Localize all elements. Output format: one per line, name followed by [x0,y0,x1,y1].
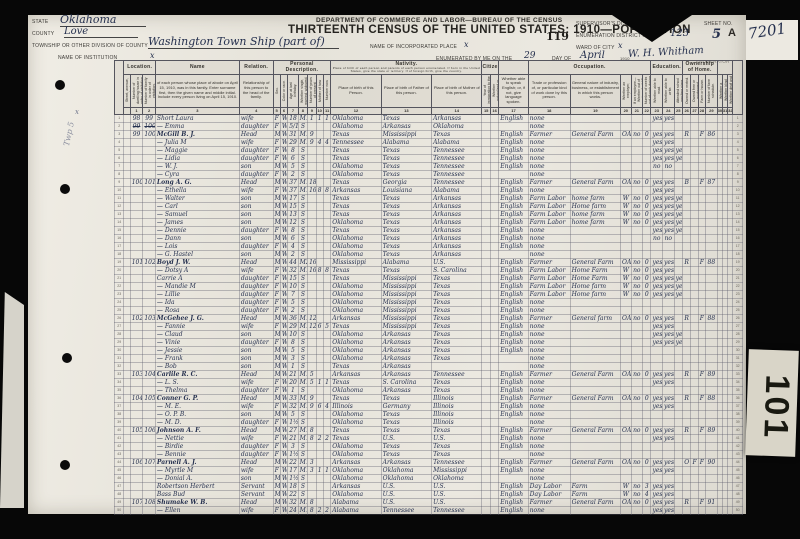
cell-cv [323,202,330,210]
cell-rn: 18 [733,250,743,258]
cell-on [682,202,690,210]
cell-ag: 5 [288,346,298,354]
cell-ln: 21 [115,274,124,282]
census-row: 32— BobsonMW1STexasArkansasnone32 [115,362,743,370]
cell-fh [698,346,705,354]
cell-ow [631,378,643,386]
cell-fm [691,450,698,458]
cell-cb [316,298,323,306]
cell-fam [143,170,156,178]
cell-ag: 8 [288,226,298,234]
cell-bm: Texas [432,274,482,282]
cell-rl: son [239,194,273,202]
cell-lg: English [499,242,528,250]
cell-rd: yes [651,266,663,274]
cell-rn: 39 [733,418,743,426]
cell-ln: 45 [115,466,124,474]
cell-em [621,306,631,314]
cell-rl: daughter [239,298,273,306]
cell-ag: 20 [288,378,298,386]
cell-nm: — Bob [155,362,239,370]
cell-ag: 18 [288,482,298,490]
cell-cv [323,194,330,202]
cell-ow [631,162,643,170]
cell-ow: no [631,218,643,226]
cell-dw [130,506,143,514]
cell-rd: yes [651,146,663,154]
column-number: 22 [643,107,651,114]
cell-lg: English [499,434,528,442]
cell-rn: 46 [733,474,743,482]
cell-nm: Short Laura [155,114,239,122]
cell-fm [691,418,698,426]
cell-na [490,338,498,346]
column-number: 21 [631,107,643,114]
cell-sd: 90 [706,458,718,466]
cell-in [570,146,620,154]
cell-fam [143,434,156,442]
cell-bf: Texas [381,146,431,154]
cell-ln: 26 [115,314,124,322]
cell-fm [691,266,698,274]
cell-rl: Head [239,258,273,266]
cell-cl: W [280,210,287,218]
cell-dw [130,346,143,354]
cell-cb [316,354,323,362]
cell-sc: yes [674,194,682,202]
cell-cb [316,234,323,242]
cell-wr [663,418,675,426]
cell-cl: W [280,282,287,290]
cell-ms: S [298,146,307,154]
cell-sx: F [273,466,280,474]
cell-sd [706,354,718,362]
cell-bm: Arkansas [432,242,482,250]
cell-em [621,162,631,170]
cell-ym [308,346,316,354]
cell-rd: yes [651,402,663,410]
cell-sd: 86 [706,130,718,138]
cell-ow [631,466,643,474]
cell-rn: 48 [733,490,743,498]
cell-sd [706,306,718,314]
cell-nm: — Bennie [155,450,239,458]
cell-cv [323,258,330,266]
cell-ym: 5 [308,378,316,386]
cell-fh: F [698,426,705,434]
cell-wr: yes [663,378,675,386]
punch-hole [60,460,70,470]
cell-rl: wife [239,114,273,122]
cell-fam [143,354,156,362]
cell-wk [643,386,651,394]
cell-sd [706,298,718,306]
cell-fh [698,418,705,426]
cell-sc [674,506,682,514]
cell-fm [691,242,698,250]
cell-ow [631,442,643,450]
cell-on [682,298,690,306]
cell-fam [143,298,156,306]
cell-rn: 28 [733,330,743,338]
cell-bp: Alabama [331,506,381,514]
cell-ow: no [631,130,643,138]
cell-rl: wife [239,402,273,410]
cell-oc: none [528,114,570,122]
cell-lg: English [499,146,528,154]
cell-in [570,410,620,418]
cell-na [490,298,498,306]
cell-ag: 44 [288,258,298,266]
cell-em: OA [621,130,631,138]
cell-sx: F [273,138,280,146]
cell-im [482,426,490,434]
cell-on [682,170,690,178]
cell-cl: W [280,450,287,458]
cell-oc: Farm Labor [528,202,570,210]
cell-nm: — Julia M [155,138,239,146]
cell-im [482,130,490,138]
cell-ms: S [298,410,307,418]
cell-rl: wife [239,466,273,474]
cell-cv [323,154,330,162]
column-number: 20 [621,107,631,114]
cell-ln: 27 [115,322,124,330]
cell-rn: 35 [733,386,743,394]
cell-im [482,346,490,354]
cell-bf: Mississippi [381,282,431,290]
cell-ln: 13 [115,210,124,218]
cell-in [570,242,620,250]
cell-sd [706,138,718,146]
cell-lg: English [499,114,528,122]
cell-rn: 5 [733,146,743,154]
cell-na [490,458,498,466]
cell-rn: 31 [733,354,743,362]
cell-sx: F [273,402,280,410]
cell-oc: Farmer [528,426,570,434]
cell-sd [706,474,718,482]
cell-in [570,226,620,234]
cell-wr: yes [663,314,675,322]
cell-sc: yes [674,202,682,210]
cell-fam [143,322,156,330]
cell-sc [674,426,682,434]
cell-fam [143,242,156,250]
census-row: 34— L. S.wifeFW20M1511TexasS. CarolinaTe… [115,378,743,386]
department-line: DEPARTMENT OF COMMERCE AND LABOR—BUREAU … [316,17,563,24]
cell-ln: 29 [115,338,124,346]
cell-ag: 5 [288,298,298,306]
cell-fm [691,162,698,170]
cell-bm [432,362,482,370]
cell-ow: no [631,266,643,274]
cell-wk [643,322,651,330]
cell-cl: W [280,466,287,474]
cell-rn: 17 [733,242,743,250]
cell-wk [643,146,651,154]
cell-cb [316,482,323,490]
cell-na [490,146,498,154]
cell-lg: English [499,258,528,266]
cell-ag: 15 [288,202,298,210]
cell-cv: 2 [323,506,330,514]
cell-cb [316,226,323,234]
cell-cb [316,218,323,226]
cell-lg: English [499,402,528,410]
cell-im [482,362,490,370]
cell-cl: W [280,370,287,378]
cell-rl: daughter [239,450,273,458]
cell-sc [674,410,682,418]
cell-sx: F [273,266,280,274]
cell-sc [674,458,682,466]
census-row: 20— Dotsy AwifeFW32M11688TexasTexasS. Ca… [115,266,743,274]
column-header-nm: of each person whose place of abode on A… [155,74,239,107]
cell-cl: W [280,378,287,386]
cell-lg: English [499,394,528,402]
column-header-dw: Number of dwelling house in order of vis… [130,74,143,107]
cell-ln: 42 [115,442,124,450]
cell-sx: M [273,346,280,354]
cell-wr: yes [663,434,675,442]
census-row: 42— BirdiedaughterFW3SOklahomaTexasTexas… [115,442,743,450]
column-header-st: Street, avenue, road, etc. [124,74,130,107]
cell-rd: yes [651,194,663,202]
cell-in: home farm [570,210,620,218]
cell-im [482,322,490,330]
cell-ln: 50 [115,506,124,514]
cell-na [490,194,498,202]
cell-in [570,506,620,514]
cell-rn: 30 [733,346,743,354]
cell-fh [698,442,705,450]
cell-oc: none [528,242,570,250]
cell-na [490,314,498,322]
cell-ym: 9 [308,138,316,146]
cell-cl: W [280,402,287,410]
cell-sd [706,322,718,330]
cell-lg: English [499,498,528,506]
cell-ln: 35 [115,386,124,394]
cell-fh [698,474,705,482]
cell-em: W [621,266,631,274]
cell-wk [643,506,651,514]
cell-fam: 99 [143,114,156,122]
cell-lg: English [499,346,528,354]
cell-cb [316,282,323,290]
cell-bp: Texas [331,210,381,218]
cell-wr: yes [663,490,675,498]
cell-in [570,322,620,330]
cell-dw [130,298,143,306]
cell-ow: no [631,178,643,186]
cell-fm [691,434,698,442]
cell-nm: Long A. G. [155,178,239,186]
cell-oc: none [528,434,570,442]
cell-ln: 3 [115,130,124,138]
cell-on [682,162,690,170]
cell-cl: W [280,314,287,322]
cell-rd [651,170,663,178]
cell-bf: Texas [381,154,431,162]
cell-bp: Oklahoma [331,282,381,290]
cell-bf: Texas [381,250,431,258]
cell-dw [130,282,143,290]
cell-ag: 32 [288,498,298,506]
cell-rn: 44 [733,458,743,466]
cell-on [682,434,690,442]
cell-rn: 33 [733,370,743,378]
cell-bp: Texas [331,202,381,210]
state-value: Oklahoma [60,13,146,27]
cell-wk: 0 [643,394,651,402]
cell-ag: 32 [288,266,298,274]
cell-ln: 43 [115,450,124,458]
cell-rl: son [239,474,273,482]
cell-lg: English [499,322,528,330]
census-row: 30— JessiesonMW5SOklahomaArkansasTexasEn… [115,346,743,354]
cell-wk [643,354,651,362]
cell-nm: — James [155,218,239,226]
cell-rl: son [239,354,273,362]
cell-fam [143,194,156,202]
cell-em [621,354,631,362]
cell-im [482,282,490,290]
census-row: 37— M. E.wifeFW32M1964IllinoisGermanyIll… [115,402,743,410]
cell-sd [706,274,718,282]
group-personal-description-: Personal Description. [273,61,331,75]
cell-cl: W [280,498,287,506]
cell-im [482,114,490,122]
cell-fam: 105 [143,394,156,402]
cell-bf: Tennessee [381,506,431,514]
cell-im [482,274,490,282]
cell-wr: yes [663,114,675,122]
cell-ms: S [298,482,307,490]
cell-ag: 1 [288,386,298,394]
cell-em: W [621,194,631,202]
cell-rn: 38 [733,410,743,418]
cell-fam: 107 [143,458,156,466]
cell-ln: 24 [115,298,124,306]
column-number: 11 [323,107,330,114]
cell-on [682,154,690,162]
cell-oc: Farmer [528,314,570,322]
cell-cb [316,450,323,458]
cell-sx: F [273,442,280,450]
cell-on [682,234,690,242]
census-row: 47Robertson HerbertServantMW18SArkansasU… [115,482,743,490]
cell-fh [698,170,705,178]
column-number: 12 [331,107,381,114]
cell-ym [308,194,316,202]
cell-ow [631,338,643,346]
census-row: 8— CyradaughterFW2SOklahomaTexasTennesse… [115,170,743,178]
cell-sx: M [273,250,280,258]
cell-em [621,138,631,146]
cell-sd: 88 [706,258,718,266]
cell-rd [651,410,663,418]
cell-rl: Head [239,178,273,186]
cell-im [482,210,490,218]
cell-bf: Mississippi [381,290,431,298]
cell-ms: M1 [298,498,307,506]
cell-rd: no [651,162,663,170]
census-row: 31— FranksonMW3SOklahomaArkansasTexasnon… [115,354,743,362]
column-header-bd: Whether blind (both eyes). [722,74,727,107]
cell-in: General Farm [570,130,620,138]
cell-cv [323,474,330,482]
column-header-fh: Farm or house. [698,74,705,107]
cell-im [482,186,490,194]
cell-rn: 12 [733,202,743,210]
group-occupation-: Occupation. [528,61,651,75]
cell-bf: Texas [381,450,431,458]
cell-em: W [621,274,631,282]
cell-cl: W [280,234,287,242]
cell-ym [308,450,316,458]
group-location-: Location. [124,61,155,75]
cell-im [482,234,490,242]
cell-ms: S [298,170,307,178]
cell-fh [698,322,705,330]
cell-bp: Texas [331,130,381,138]
cell-em [621,474,631,482]
cell-fm [691,274,698,282]
cell-sx: F [273,306,280,314]
cell-ow: no [631,482,643,490]
cell-rn: 4 [733,138,743,146]
cell-ym [308,386,316,394]
cell-ln: 23 [115,290,124,298]
cell-fh [698,282,705,290]
cell-dw: 102 [130,314,143,322]
cell-ln: 9 [115,178,124,186]
cell-cb [316,410,323,418]
cell-oc: none [528,506,570,514]
cell-fh [698,242,705,250]
cell-na [490,354,498,362]
column-number: 31 [722,107,727,114]
cell-ln: 10 [115,186,124,194]
cell-em [621,434,631,442]
cell-nm: — Vinie [155,338,239,346]
group-relation-: Relation. [239,61,273,75]
cell-sc: yes [674,218,682,226]
column-header-ow: If an employee— Whether out of work on A… [631,74,643,107]
cell-sx: M [273,362,280,370]
cell-em [621,402,631,410]
cell-bm: Texas [432,338,482,346]
cell-wk [643,226,651,234]
cell-cl: W [280,114,287,122]
cell-dw [130,354,143,362]
cell-nm: — L. S. [155,378,239,386]
cell-sd [706,162,718,170]
census-row: 29— ViniedaughterFW8SOklahomaArkansasTex… [115,338,743,346]
cell-nm: Johnson A. F. [155,426,239,434]
column-number: 13 [381,107,431,114]
cell-em [621,346,631,354]
cell-ym: 16 [308,186,316,194]
cell-bm: Tennessee [432,178,482,186]
cell-ag: 21 [288,434,298,442]
cell-em: W [621,290,631,298]
cell-wr [663,170,675,178]
cell-bf: Georgia [381,178,431,186]
cell-oc: none [528,338,570,346]
